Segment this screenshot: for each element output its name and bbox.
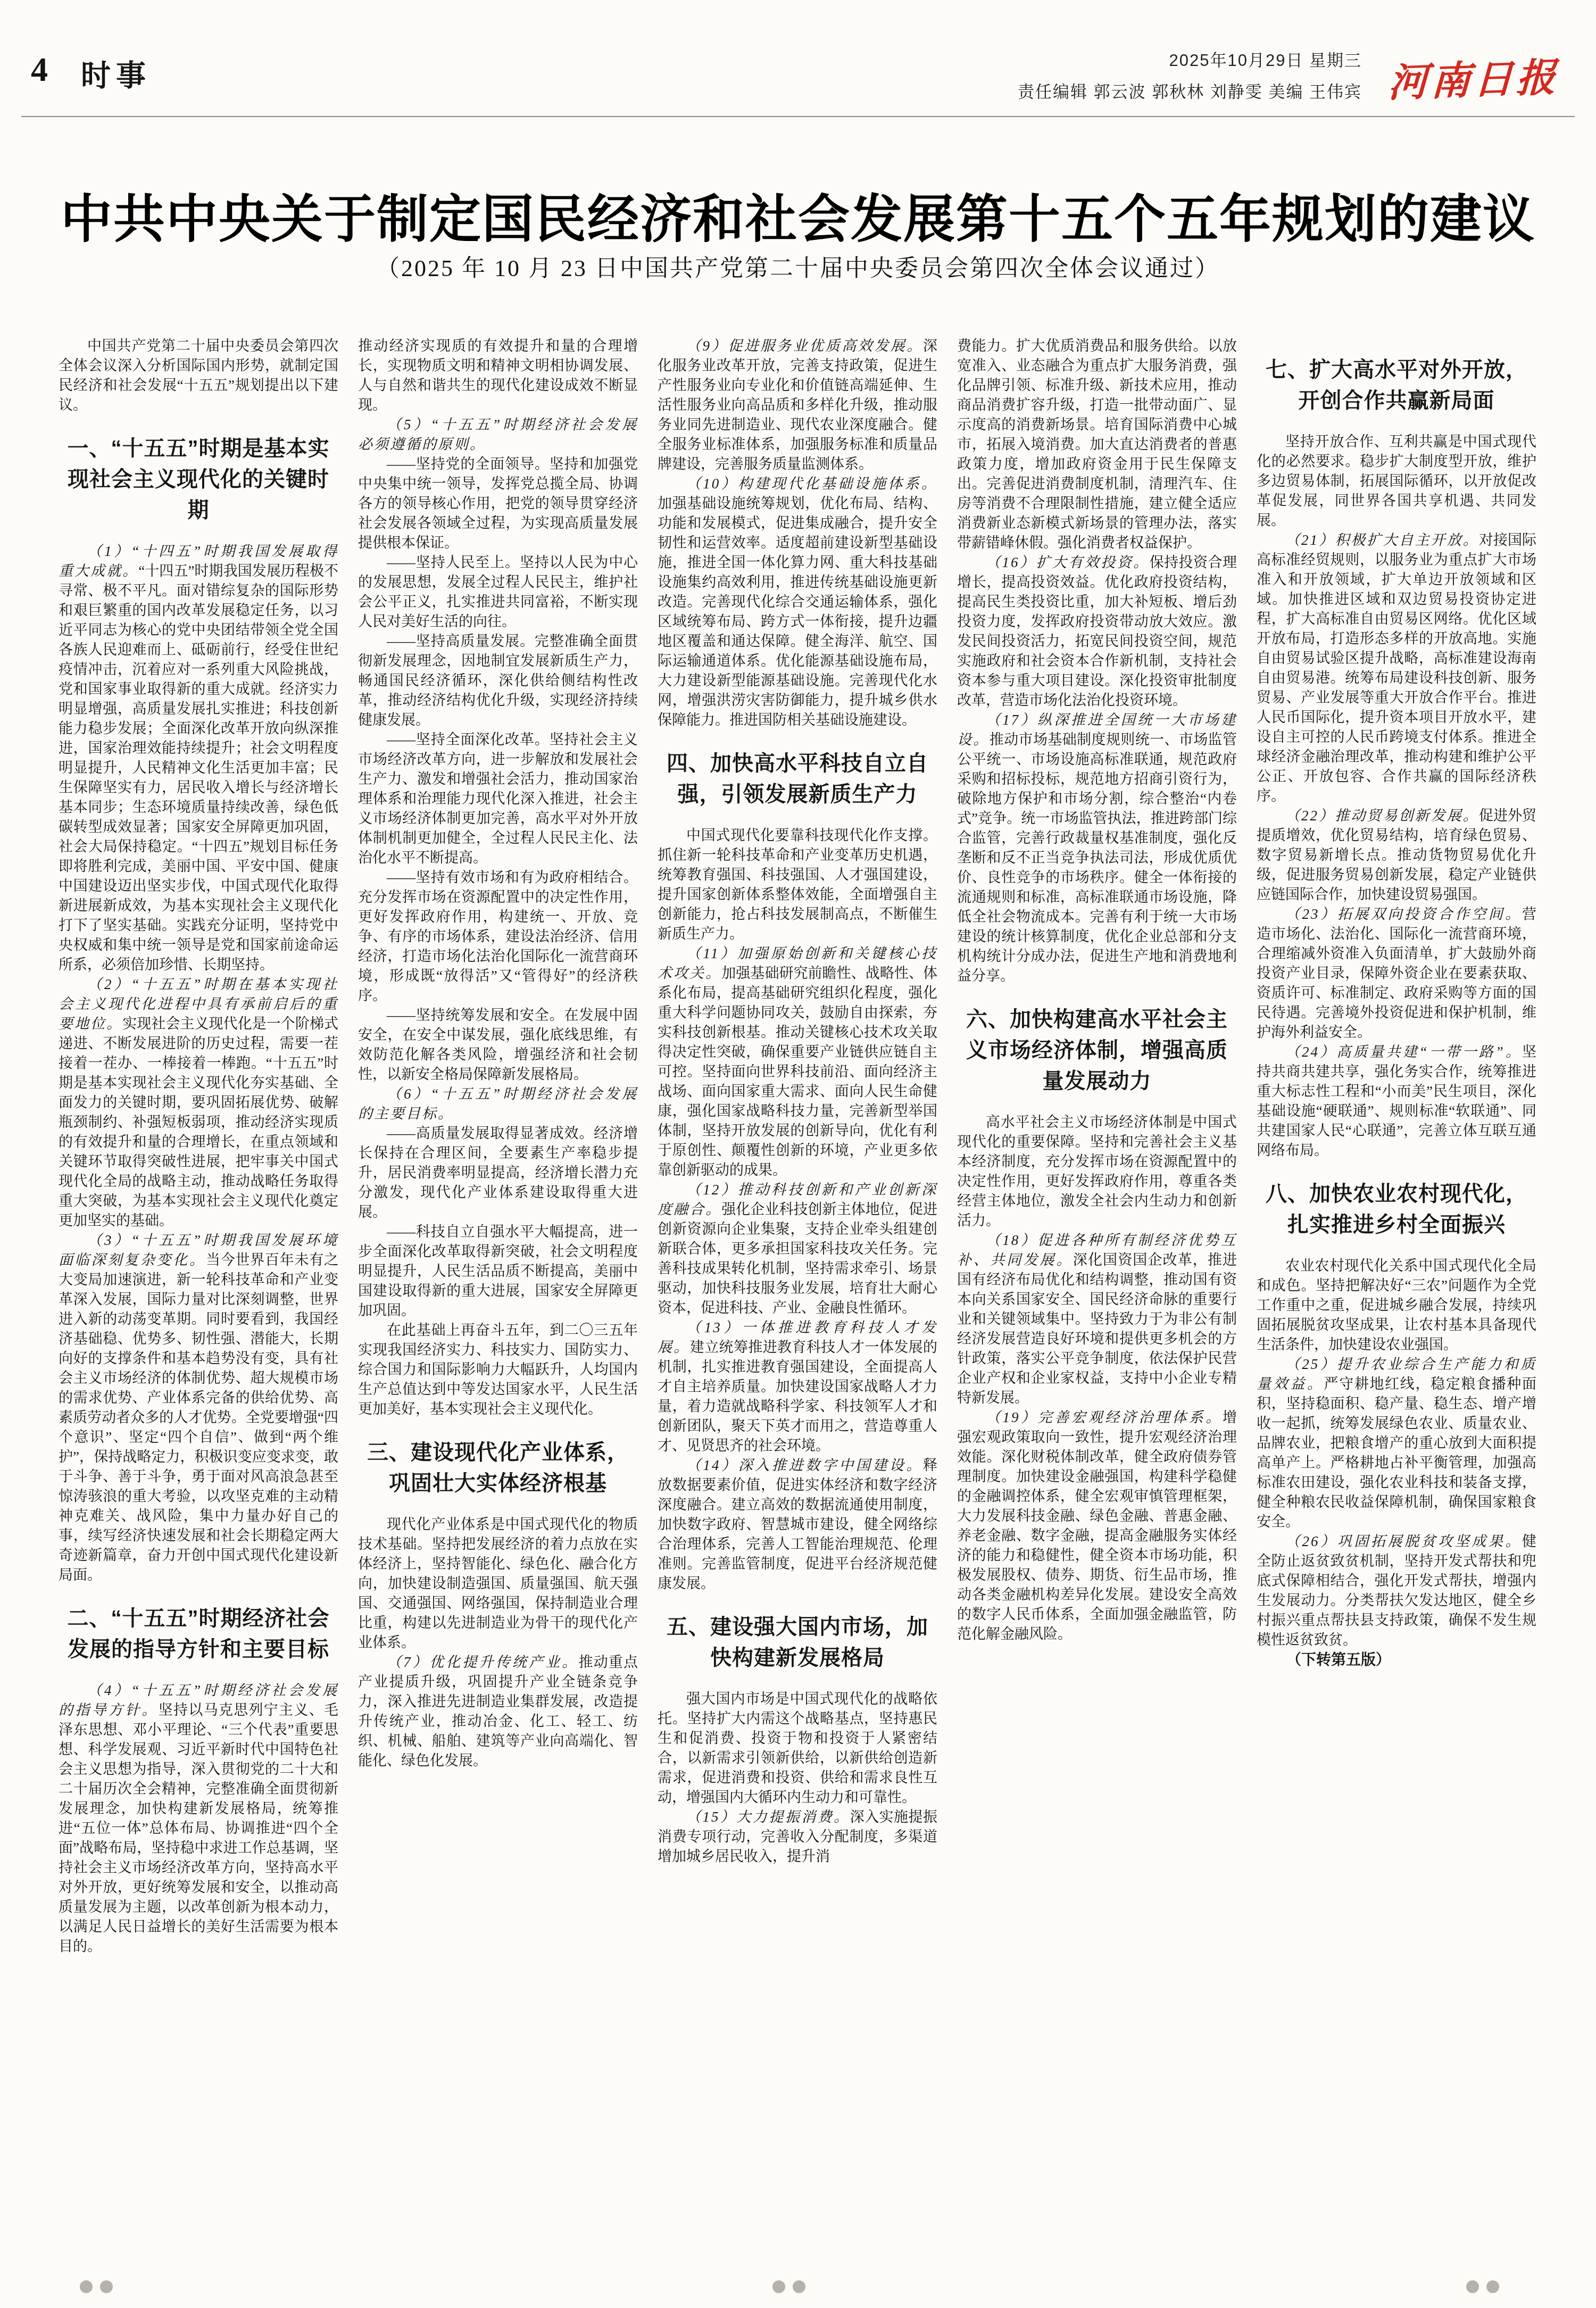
numbered-paragraph: （18）促进各种所有制经济优势互补、共同发展。深化国资国企改革，推进国有经济布局… xyxy=(957,1231,1237,1408)
paragraph-lead: （14）深入推进数字中国建设。 xyxy=(686,1457,923,1473)
numbered-paragraph: （5）“十五五”时期经济社会发展必须遵循的原则。 xyxy=(358,415,638,454)
numbered-paragraph: （19）完善宏观经济治理体系。增强宏观政策取向一致性，提升宏观经济治理效能。深化… xyxy=(957,1408,1237,1644)
paragraph-body: 建立统筹推进教育科技人才一体发展的机制，扎实推进教育强国建设，全面提高人才自主培… xyxy=(658,1339,937,1454)
paragraph-lead: （24）高质量共建“一带一路”。 xyxy=(1285,1044,1522,1060)
paragraph-body: 深化国资国企改革，推进国有经济布局优化和结构调整，推动国有资本向关系国家安全、国… xyxy=(957,1252,1237,1406)
section-name: 时事 xyxy=(81,52,151,95)
paper-logo: 河南日报 xyxy=(1387,46,1560,108)
footer-dots-left xyxy=(80,2280,113,2293)
paragraph-body: 严守耕地红线，稳定粮食播种面积，坚持稳面积、稳产量、稳生态、增产增收一起抓，统筹… xyxy=(1257,1376,1536,1530)
section-heading: 七、扩大高水平对外开放，开创合作共赢新局面 xyxy=(1257,354,1536,416)
numbered-paragraph: （7）优化提升传统产业。推动重点产业提质升级，巩固提升产业全链条竞争力，深入推进… xyxy=(358,1653,638,1771)
paragraph-lead: （21）积极扩大自主开放。 xyxy=(1285,532,1479,548)
paragraph-body: 当今世界百年未有之大变局加速演进，新一轮科技革命和产业变革深入发展，国际力量对比… xyxy=(59,1252,338,1583)
list-item: ——坚持人民至上。坚持以人民为中心的发展思想，发展全过程人民民主，维护社会公平正… xyxy=(358,553,638,632)
paragraph-body: 增强宏观政策取向一致性，提升宏观经济治理效能。深化财税体制改革，健全政府债券管理… xyxy=(957,1409,1237,1642)
paragraph-lead: （5）“十五五”时期经济社会发展必须遵循的原则。 xyxy=(358,417,638,452)
numbered-paragraph: （17）纵深推进全国统一大市场建设。推动市场基础制度规则统一、市场监管公平统一、… xyxy=(957,710,1237,986)
paragraph-body: 坚持以马克思列宁主义、毛泽东思想、邓小平理论、“三个代表”重要思想、科学发展观、… xyxy=(59,1702,338,1954)
section-heading: 六、加快构建高水平社会主义市场经济体制，增强高质量发展动力 xyxy=(957,1004,1237,1097)
paragraph-lead: （19）完善宏观经济治理体系。 xyxy=(986,1409,1223,1425)
paragraph-body: 加强基础设施统筹规划，优化布局、结构、功能和发展模式，促进集成融合，提升安全韧性… xyxy=(658,495,937,728)
main-headline: 中共中央关于制定国民经济和社会发展第十五个五年规划的建议 xyxy=(0,177,1596,252)
paragraph-body: 加强基础研究前瞻性、战略性、体系化布局，提高基础研究组织化程度，强化重大科学问题… xyxy=(658,965,937,1178)
paragraph-body: 推动重点产业提质升级，巩固提升产业全链条竞争力，深入推进先进制造业集群发展，改造… xyxy=(358,1654,638,1769)
section-heading: 三、建设现代化产业体系，巩固壮大实体经济根基 xyxy=(358,1437,638,1499)
paragraph-body: “十四五”时期我国发展历程极不寻常、极不平凡。面对错综复杂的国际形势和艰巨繁重的… xyxy=(59,563,338,973)
numbered-paragraph: （26）巩固拓展脱贫攻坚成果。健全防止返贫致贫机制，坚持开发式帮扶和兜底式保障相… xyxy=(1257,1532,1536,1650)
list-item: ——坚持有效市场和有为政府相结合。充分发挥市场在资源配置中的决定性作用，更好发挥… xyxy=(358,868,638,1006)
article-columns: 中国共产党第二十届中央委员会第四次全体会议深入分析国际国内形势，就制定国民经济和… xyxy=(59,336,1537,2268)
paragraph: 中国式现代化要靠科技现代化作支撑。抓住新一轮科技革命和产业变革历史机遇，统筹教育… xyxy=(658,826,937,944)
numbered-paragraph: （21）积极扩大自主开放。对接国际高标准经贸规则，以服务业为重点扩大市场准入和开… xyxy=(1257,530,1536,806)
header-rule xyxy=(21,116,1575,117)
section-heading: 五、建设强大国内市场，加快构建新发展格局 xyxy=(658,1612,937,1673)
list-item: ——科技自立自强水平大幅提高，进一步全面深化改革取得新突破，社会文明程度明显提升… xyxy=(358,1222,638,1321)
text-column-5: 七、扩大高水平对外开放，开创合作共赢新局面坚持开放合作、互利共赢是中国式现代化的… xyxy=(1257,336,1536,2268)
numbered-paragraph: （6）“十五五”时期经济社会发展的主要目标。 xyxy=(358,1084,638,1124)
numbered-paragraph: （23）拓展双向投资合作空间。营造市场化、法治化、国际化一流营商环境，合理缩减外… xyxy=(1257,904,1536,1042)
section-heading: 二、“十五五”时期经济社会发展的指导方针和主要目标 xyxy=(59,1603,338,1665)
paragraph-lead: （7）优化提升传统产业。 xyxy=(387,1654,579,1670)
numbered-paragraph: （16）扩大有效投资。保持投资合理增长，提高投资效益。优化政府投资结构，提高民生… xyxy=(957,553,1237,710)
text-column-4: 费能力。扩大优质消费品和服务供给。以放宽准入、业态融合为重点扩大服务消费，强化品… xyxy=(957,336,1237,2268)
footer-dots-center xyxy=(772,2280,805,2293)
list-item: ——高质量发展取得显著成效。经济增长保持在合理区间，全要素生产率稳步提升，居民消… xyxy=(358,1124,638,1222)
text-column-2: 推动经济实现质的有效提升和量的合理增长，实现物质文明和精神文明相协调发展、人与自… xyxy=(358,336,638,2268)
paragraph-lead: （26）巩固拓展脱贫攻坚成果。 xyxy=(1285,1533,1522,1549)
paragraph: 农业农村现代化关系中国式现代化全局和成色。坚持把解决好“三农”问题作为全党工作重… xyxy=(1257,1256,1536,1355)
paragraph-lead: （16）扩大有效投资。 xyxy=(986,554,1150,570)
paragraph: 中国共产党第二十届中央委员会第四次全体会议深入分析国际国内形势，就制定国民经济和… xyxy=(59,336,338,415)
paragraph: 现代化产业体系是中国式现代化的物质技术基础。坚持把发展经济的着力点放在实体经济上… xyxy=(358,1515,638,1653)
section-heading: 四、加快高水平科技自立自强，引领发展新质生产力 xyxy=(658,748,937,810)
newspaper-page: 4 时事 2025年10月29日 星期三 责任编辑 郭云波 郭秋林 刘静雯 美编… xyxy=(0,0,1596,2308)
paragraph-body: 实现社会主义现代化是一个阶梯式递进、不断发展进阶的历史过程，需要一茬接着一茬办、… xyxy=(59,1016,338,1228)
page-number: 4 xyxy=(31,50,48,89)
paragraph: 在此基础上再奋斗五年，到二〇三五年实现我国经济实力、科技实力、国防实力、综合国力… xyxy=(358,1321,638,1419)
paragraph-lead: （22）推动贸易创新发展。 xyxy=(1285,808,1479,824)
footer-dots-right xyxy=(1466,2280,1499,2293)
text-column-1: 中国共产党第二十届中央委员会第四次全体会议深入分析国际国内形势，就制定国民经济和… xyxy=(59,336,338,2268)
date-text: 2025年10月29日 星期三 xyxy=(1018,47,1362,71)
numbered-paragraph: （2）“十五五”时期在基本实现社会主义现代化进程中具有承前启后的重要地位。实现社… xyxy=(59,975,338,1231)
paragraph-lead: （6）“十五五”时期经济社会发展的主要目标。 xyxy=(358,1086,638,1122)
paragraph-body: 营造市场化、法治化、国际化一流营商环境，合理缩减外资准入负面清单，扩大鼓励外商投… xyxy=(1257,906,1536,1040)
continuation-note: （下转第五版） xyxy=(1257,1650,1536,1670)
numbered-paragraph: （25）提升农业综合生产能力和质量效益。严守耕地红线，稳定粮食播种面积，坚持稳面… xyxy=(1257,1355,1536,1532)
sub-headline: （2025 年 10 月 23 日中国共产党第二十届中央委员会第四次全体会议通过… xyxy=(0,249,1596,283)
list-item: ——坚持党的全面领导。坚持和加强党中央集中统一领导，发挥党总揽全局、协调各方的领… xyxy=(358,454,638,553)
text-column-3: （9）促进服务业优质高效发展。深化服务业改革开放，完善支持政策，促进生产性服务业… xyxy=(658,336,937,2268)
page-header: 4 时事 2025年10月29日 星期三 责任编辑 郭云波 郭秋林 刘静雯 美编… xyxy=(21,47,1575,111)
section-heading: 八、加快农业农村现代化，扎实推进乡村全面振兴 xyxy=(1257,1178,1536,1240)
section-heading: 一、“十五五”时期是基本实现社会主义现代化的关键时期 xyxy=(59,433,338,526)
numbered-paragraph: （24）高质量共建“一带一路”。坚持共商共建共享，强化务实合作，统筹推进重大标志… xyxy=(1257,1042,1536,1160)
paragraph-body: 释放数据要素价值，促进实体经济和数字经济深度融合。建立高效的数据流通使用制度，加… xyxy=(658,1457,937,1591)
paragraph-lead: （10）构建现代化基础设施体系。 xyxy=(686,476,937,492)
numbered-paragraph: （22）推动贸易创新发展。促进外贸提质增效，优化贸易结构，培育绿色贸易、数字贸易… xyxy=(1257,806,1536,904)
paragraph-body: 保持投资合理增长，提高投资效益。优化政府投资结构，提高民生类投资比重，加大补短板… xyxy=(957,554,1237,708)
numbered-paragraph: （13）一体推进教育科技人才发展。建立统筹推进教育科技人才一体发展的机制，扎实推… xyxy=(658,1318,937,1456)
paragraph-body: 深化服务业改革开放，完善支持政策，促进生产性服务业向专业化和价值链高端延伸、生活… xyxy=(658,338,937,472)
paragraph-body: 对接国际高标准经贸规则，以服务业为重点扩大市场准入和开放领域，扩大单边开放领域和… xyxy=(1257,532,1536,804)
paragraph-body: 坚持共商共建共享，强化务实合作，统筹推进重大标志性工程和“小而美”民生项目，深化… xyxy=(1257,1044,1536,1158)
list-item: ——坚持统筹发展和安全。在发展中固安全，在安全中谋发展，强化底线思维，有效防范化… xyxy=(358,1006,638,1084)
paragraph: 推动经济实现质的有效提升和量的合理增长，实现物质文明和精神文明相协调发展、人与自… xyxy=(358,336,638,415)
staff-text: 责任编辑 郭云波 郭秋林 刘静雯 美编 王伟宾 xyxy=(1018,78,1362,102)
numbered-paragraph: （1）“十四五”时期我国发展取得重大成就。“十四五”时期我国发展历程极不寻常、极… xyxy=(59,542,338,975)
numbered-paragraph: （11）加强原始创新和关键核心技术攻关。加强基础研究前瞻性、战略性、体系化布局，… xyxy=(658,944,937,1180)
list-item: ——坚持高质量发展。完整准确全面贯彻新发展理念，因地制宜发展新质生产力，畅通国民… xyxy=(358,632,638,730)
numbered-paragraph: （3）“十五五”时期我国发展环境面临深刻复杂变化。当今世界百年未有之大变局加速演… xyxy=(59,1231,338,1585)
paragraph: 高水平社会主义市场经济体制是中国式现代化的重要保障。坚持和完善社会主义基本经济制… xyxy=(957,1113,1237,1231)
paragraph: 强大国内市场是中国式现代化的战略依托。坚持扩大内需这个战略基点，坚持惠民生和促消… xyxy=(658,1689,937,1807)
numbered-paragraph: （14）深入推进数字中国建设。释放数据要素价值，促进实体经济和数字经济深度融合。… xyxy=(658,1456,937,1593)
numbered-paragraph: （12）推动科技创新和产业创新深度融合。强化企业科技创新主体地位，促进创新资源向… xyxy=(658,1180,937,1318)
list-item: ——坚持全面深化改革。坚持社会主义市场经济改革方向，进一步解放和发展社会生产力、… xyxy=(358,730,638,868)
paragraph: 坚持开放合作、互利共赢是中国式现代化的必然要求。稳步扩大制度型开放，维护多边贸易… xyxy=(1257,432,1536,530)
paragraph-lead: （9）促进服务业优质高效发展。 xyxy=(686,338,923,354)
numbered-paragraph: （15）大力提振消费。深入实施提振消费专项行动，完善收入分配制度，多渠道增加城乡… xyxy=(658,1807,937,1866)
numbered-paragraph: （9）促进服务业优质高效发展。深化服务业改革开放，完善支持政策，促进生产性服务业… xyxy=(658,336,937,474)
dateline: 2025年10月29日 星期三 责任编辑 郭云波 郭秋林 刘静雯 美编 王伟宾 xyxy=(1018,47,1362,102)
paragraph: 费能力。扩大优质消费品和服务供给。以放宽准入、业态融合为重点扩大服务消费，强化品… xyxy=(957,336,1237,553)
paragraph-lead: （23）拓展双向投资合作空间。 xyxy=(1285,906,1522,922)
paragraph-body: 推动市场基础制度规则统一、市场监管公平统一、市场设施高标准联通，规范政府采购和招… xyxy=(957,732,1237,984)
numbered-paragraph: （4）“十五五”时期经济社会发展的指导方针。坚持以马克思列宁主义、毛泽东思想、邓… xyxy=(59,1681,338,1956)
paragraph-body: 健全防止返贫致贫机制，坚持开发式帮扶和兜底式保障相结合，强化开发式帮扶，增强内生… xyxy=(1257,1533,1536,1648)
paragraph-lead: （15）大力提振消费。 xyxy=(686,1809,850,1825)
paragraph-body: 强化企业科技创新主体地位，促进创新资源向企业集聚，支持企业牵头组建创新联合体，更… xyxy=(658,1201,937,1316)
numbered-paragraph: （10）构建现代化基础设施体系。加强基础设施统筹规划，优化布局、结构、功能和发展… xyxy=(658,474,937,730)
